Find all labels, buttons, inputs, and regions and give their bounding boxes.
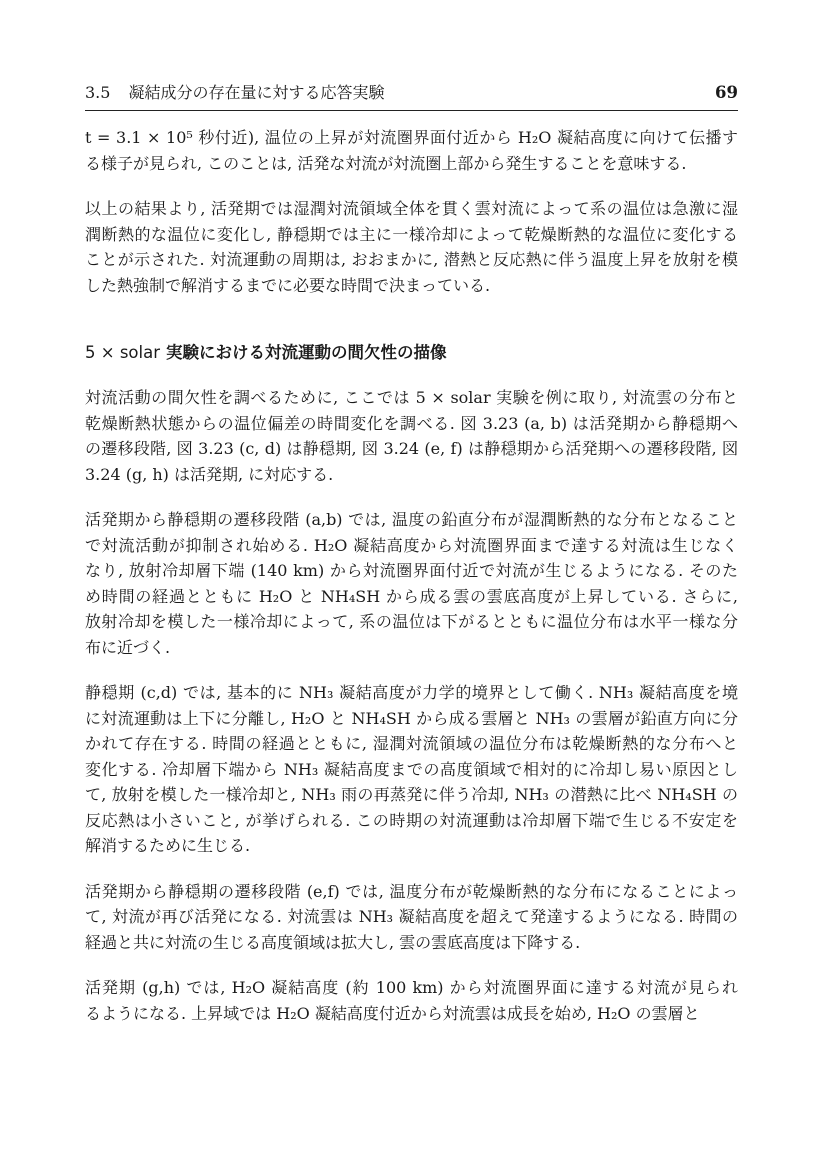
section-heading: 3.5 凝結成分の存在量に対する応答実験 xyxy=(85,83,384,102)
text-line: 以上の結果より, 活発期では湿潤対流領域全体を貫く雲対流によって系の温位は急激に… xyxy=(85,196,738,222)
paragraph: 静穏期 (c,d) では, 基本的に NH₃ 凝結高度が力学的境界として働く. … xyxy=(85,680,738,859)
text-line: ことが示された. 対流運動の周期は, おおまかに, 潜熱と反応熱に伴う温度上昇を… xyxy=(85,247,738,273)
text-line: 対流活動の間欠性を調べるために, ここでは 5 × solar 実験を例に取り,… xyxy=(85,385,738,411)
text-line: 変化する. 冷却層下端から NH₃ 凝結高度までの高度領域で相対的に冷却し易い原… xyxy=(85,757,738,783)
document-page: 3.5 凝結成分の存在量に対する応答実験 69 t = 3.1 × 10⁵ 秒付… xyxy=(0,0,826,1169)
text-line: 静穏期 (c,d) では, 基本的に NH₃ 凝結高度が力学的境界として働く. … xyxy=(85,680,738,706)
paragraph: 以上の結果より, 活発期では湿潤対流領域全体を貫く雲対流によって系の温位は急激に… xyxy=(85,196,738,298)
running-header: 3.5 凝結成分の存在量に対する応答実験 69 xyxy=(85,83,738,111)
paragraph: 対流活動の間欠性を調べるために, ここでは 5 × solar 実験を例に取り,… xyxy=(85,385,738,487)
text-line: なり, 放射冷却層下端 (140 km) から対流圏界面付近で対流が生じるように… xyxy=(85,558,738,584)
text-line: 潤断熱的な温位に変化し, 静穏期では主に一様冷却によって乾燥断熱的な温位に変化す… xyxy=(85,222,738,248)
text-line: 乾燥断熱状態からの温位偏差の時間変化を調べる. 図 3.23 (a, b) は活… xyxy=(85,411,738,437)
subsection-heading-prefix: 5 × solar xyxy=(85,343,160,362)
text-line: した熱強制で解消するまでに必要な時間で決まっている. xyxy=(85,273,738,299)
text-line: で対流活動が抑制され始める. H₂O 凝結高度から対流圏界面まで達する対流は生じ… xyxy=(85,533,738,559)
text-line: 3.24 (g, h) は活発期, に対応する. xyxy=(85,462,738,488)
page-number: 69 xyxy=(715,83,738,102)
text-line: て, 対流が再び活発になる. 対流雲は NH₃ 凝結高度を超えて発達するようにな… xyxy=(85,904,738,930)
text-line: 活発期から静穏期の遷移段階 (e,f) では, 温度分布が乾燥断熱的な分布になる… xyxy=(85,879,738,905)
text-line: 反応熱は小さいこと, が挙げられる. この時期の対流運動は冷却層下端で生じる不安… xyxy=(85,808,738,834)
paragraph: 活発期から静穏期の遷移段階 (e,f) では, 温度分布が乾燥断熱的な分布になる… xyxy=(85,879,738,956)
text-line: 経過と共に対流の生じる高度領域は拡大し, 雲の雲底高度は下降する. xyxy=(85,930,738,956)
text-line: るようになる. 上昇域では H₂O 凝結高度付近から対流雲は成長を始め, H₂O… xyxy=(85,1001,738,1027)
subsection-heading: 5 × solar実験における対流運動の間欠性の描像 xyxy=(85,341,738,365)
section-title: 凝結成分の存在量に対する応答実験 xyxy=(128,83,384,102)
text-line: かれて存在する. 時間の経過とともに, 湿潤対流領域の温位分布は乾燥断熱的な分布… xyxy=(85,731,738,757)
text-line: て, 放射を模した一様冷却と, NH₃ 雨の再蒸発に伴う冷却, NH₃ の潜熱に… xyxy=(85,782,738,808)
subsection-heading-title: 実験における対流運動の間欠性の描像 xyxy=(166,343,447,362)
paragraph: 活発期 (g,h) では, H₂O 凝結高度 (約 100 km) から対流圏界… xyxy=(85,975,738,1026)
text-line: め時間の経過とともに H₂O と NH₄SH から成る雲の雲底高度が上昇している… xyxy=(85,584,738,610)
text-line: 活発期 (g,h) では, H₂O 凝結高度 (約 100 km) から対流圏界… xyxy=(85,975,738,1001)
text-line: 布に近づく. xyxy=(85,635,738,661)
text-line: t = 3.1 × 10⁵ 秒付近), 温位の上昇が対流圏界面付近から H₂O … xyxy=(85,125,738,151)
text-line: の遷移段階, 図 3.23 (c, d) は静穏期, 図 3.24 (e, f)… xyxy=(85,436,738,462)
text-line: る様子が見られ, このことは, 活発な対流が対流圏上部から発生することを意味する… xyxy=(85,151,738,177)
text-line: 解消するために生じる. xyxy=(85,833,738,859)
section-number: 3.5 xyxy=(85,83,110,102)
text-line: 放射冷却を模した一様冷却によって, 系の温位は下がるとともに温位分布は水平一様な… xyxy=(85,609,738,635)
text-line: 活発期から静穏期の遷移段階 (a,b) では, 温度の鉛直分布が湿潤断熱的な分布… xyxy=(85,507,738,533)
page-content: 3.5 凝結成分の存在量に対する応答実験 69 t = 3.1 × 10⁵ 秒付… xyxy=(85,83,738,1026)
paragraph: t = 3.1 × 10⁵ 秒付近), 温位の上昇が対流圏界面付近から H₂O … xyxy=(85,125,738,176)
text-line: に対流運動は上下に分離し, H₂O と NH₄SH から成る雲層と NH₃ の雲… xyxy=(85,706,738,732)
paragraph: 活発期から静穏期の遷移段階 (a,b) では, 温度の鉛直分布が湿潤断熱的な分布… xyxy=(85,507,738,660)
